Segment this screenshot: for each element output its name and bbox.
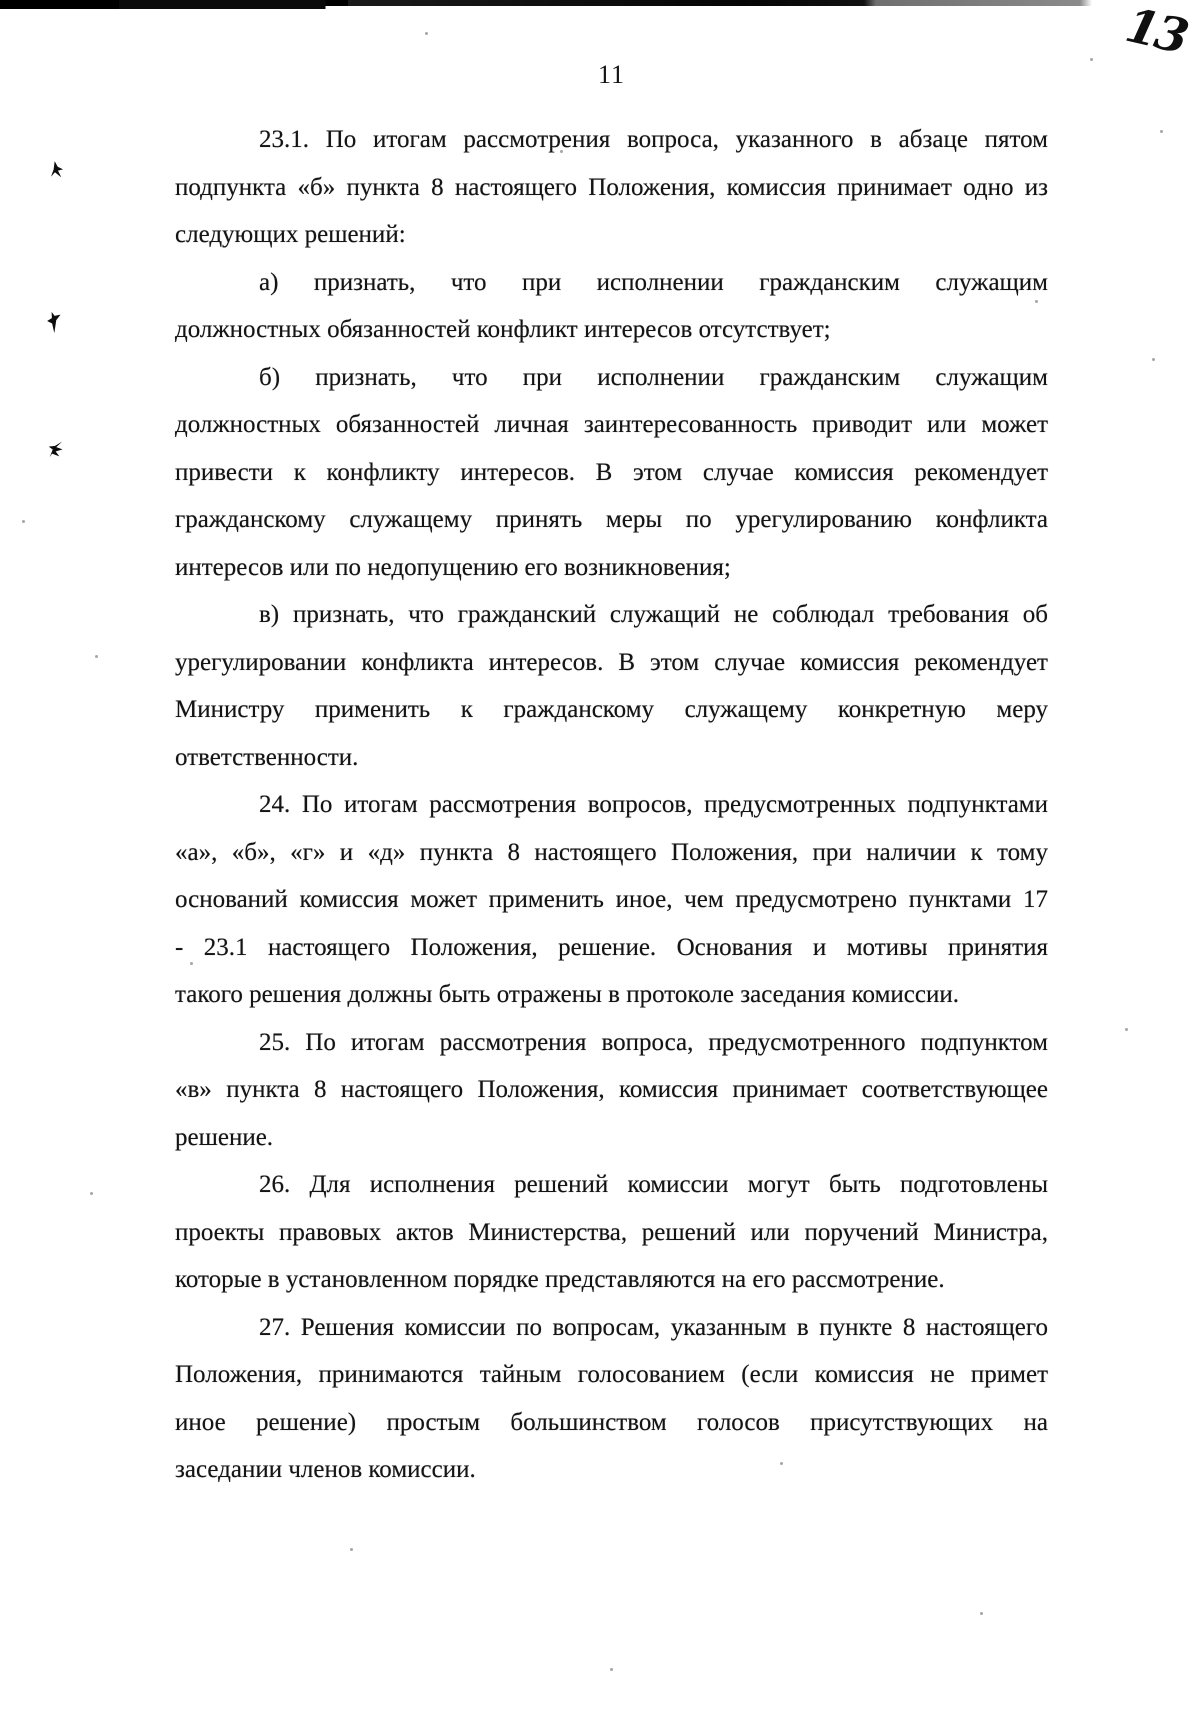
text-line: гражданскому служащему принять меры по у…: [175, 496, 1048, 544]
text-line: «а», «б», «г» и «д» пункта 8 настоящего …: [175, 829, 1048, 877]
text-line: урегулировании конфликта интересов. В эт…: [175, 639, 1048, 687]
scan-speck: [1125, 1028, 1128, 1031]
scan-artifact-top-bar-segment: [0, 0, 350, 9]
ink-blot: [49, 160, 64, 179]
scan-speck: [425, 32, 428, 35]
text-line: такого решения должны быть отражены в пр…: [175, 971, 1048, 1019]
scan-speck: [22, 520, 25, 523]
text-line: проекты правовых актов Министерства, реш…: [175, 1209, 1048, 1257]
scan-speck: [1090, 58, 1093, 61]
text-line: иное решение) простым большинством голос…: [175, 1399, 1048, 1447]
scan-speck: [870, 705, 873, 708]
text-line: 27. Решения комиссии по вопросам, указан…: [175, 1304, 1048, 1352]
text-line: 23.1. По итогам рассмотрения вопроса, ук…: [175, 116, 1048, 164]
text-line: 26. Для исполнения решений комиссии могу…: [175, 1161, 1048, 1209]
text-line: б) признать, что при исполнении гражданс…: [175, 354, 1048, 402]
text-line: «в» пункта 8 настоящего Положения, комис…: [175, 1066, 1048, 1114]
text-line: заседании членов комиссии.: [175, 1446, 1048, 1494]
scan-speck: [560, 150, 563, 153]
text-line: в) признать, что гражданский служащий не…: [175, 591, 1048, 639]
scan-speck: [95, 655, 98, 658]
scan-speck: [980, 1612, 983, 1615]
text-line: - 23.1 настоящего Положения, решение. Ос…: [175, 924, 1048, 972]
text-line: которые в установленном порядке представ…: [175, 1256, 1048, 1304]
ink-blot: [46, 312, 60, 334]
ink-blot: [46, 440, 65, 458]
scan-speck: [350, 1548, 353, 1551]
text-line: следующих решений:: [175, 211, 1048, 259]
text-line: а) признать, что при исполнении гражданс…: [175, 259, 1048, 307]
scan-speck: [190, 962, 193, 965]
document-body: 23.1. По итогам рассмотрения вопроса, ук…: [175, 116, 1048, 1494]
scan-speck: [780, 1462, 783, 1465]
scan-speck: [1160, 130, 1163, 133]
text-line: оснований комиссия может применить иное,…: [175, 876, 1048, 924]
scan-speck: [610, 1668, 613, 1671]
text-line: подпункта «б» пункта 8 настоящего Положе…: [175, 164, 1048, 212]
scanned-document-page: 13 11 23.1. По итогам рассмотрения вопро…: [0, 0, 1200, 1713]
scan-speck: [90, 1192, 93, 1195]
text-line: должностных обязанностей конфликт интере…: [175, 306, 1048, 354]
text-line: интересов или по недопущению его возникн…: [175, 544, 1048, 592]
handwritten-page-number: 13: [1121, 0, 1191, 65]
text-line: ответственности.: [175, 734, 1048, 782]
scan-speck: [1152, 358, 1155, 361]
page-number: 11: [175, 60, 1048, 90]
text-line: привести к конфликту интересов. В этом с…: [175, 449, 1048, 497]
text-line: решение.: [175, 1114, 1048, 1162]
scan-speck: [1035, 300, 1038, 303]
text-line: 25. По итогам рассмотрения вопроса, пред…: [175, 1019, 1048, 1067]
text-line: 24. По итогам рассмотрения вопросов, пре…: [175, 781, 1048, 829]
text-line: должностных обязанностей личная заинтере…: [175, 401, 1048, 449]
text-line: Министру применить к гражданскому служащ…: [175, 686, 1048, 734]
text-line: Положения, принимаются тайным голосовани…: [175, 1351, 1048, 1399]
